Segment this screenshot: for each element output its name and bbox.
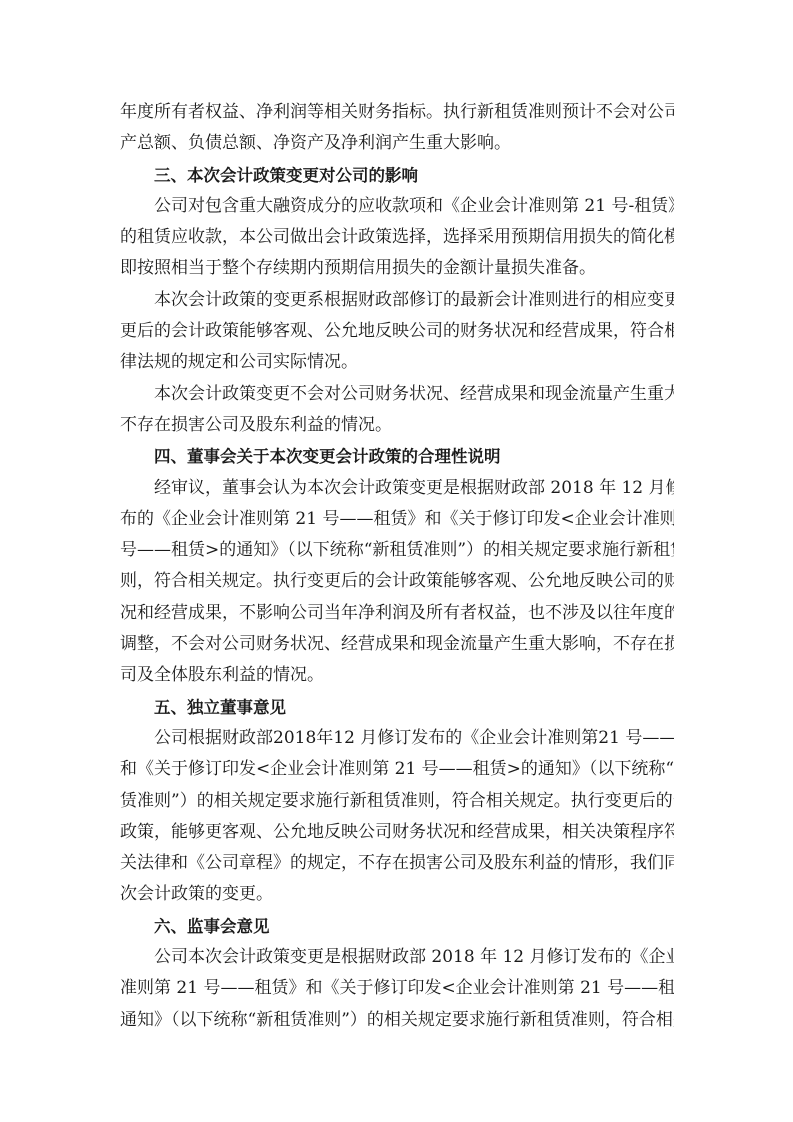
text-line: 关法律和《公司章程》的规定，不存在损害公司及股东利益的情形，我们同意本 (120, 848, 674, 879)
text-line: 号——租赁>的通知》（以下统称“新租赁准则”）的相关规定要求施行新租赁准 (120, 535, 674, 566)
section-heading: 六、监事会意见 (120, 911, 674, 942)
text-line: 本次会计政策的变更系根据财政部修订的最新会计准则进行的相应变更，变 (120, 285, 674, 316)
section-heading: 五、独立董事意见 (120, 692, 674, 723)
text-line: 经审议，董事会认为本次会计政策变更是根据财政部 2018 年 12 月修订发 (120, 473, 674, 504)
text-line: 产总额、负债总额、净资产及净利润产生重大影响。 (120, 128, 674, 159)
text-line: 即按照相当于整个存续期内预期信用损失的金额计量损失准备。 (120, 253, 674, 284)
text-line: 更后的会计政策能够客观、公允地反映公司的财务状况和经营成果，符合相关法 (120, 316, 674, 347)
text-line: 次会计政策的变更。 (120, 879, 674, 910)
text-line: 和《关于修订印发<企业会计准则第 21 号——租赁>的通知》（以下统称“新租 (120, 754, 674, 785)
text-line: 政策，能够更客观、公允地反映公司财务状况和经营成果，相关决策程序符合有 (120, 817, 674, 848)
text-line: 不存在损害公司及股东利益的情况。 (120, 410, 674, 441)
text-line: 通知》（以下统称“新租赁准则”）的相关规定要求施行新租赁准则，符合相关规 (120, 1005, 674, 1036)
text-line: 公司对包含重大融资成分的应收款项和《企业会计准则第 21 号-租赁》规范 (120, 191, 674, 222)
text-line: 赁准则”）的相关规定要求施行新租赁准则，符合相关规定。执行变更后的会计 (120, 786, 674, 817)
text-line: 司及全体股东利益的情况。 (120, 660, 674, 691)
text-line: 律法规的规定和公司实际情况。 (120, 347, 674, 378)
text-line: 年度所有者权益、净利润等相关财务指标。执行新租赁准则预计不会对公司的资 (120, 97, 674, 128)
text-line: 况和经营成果，不影响公司当年净利润及所有者权益，也不涉及以往年度的追溯 (120, 598, 674, 629)
text-line: 公司根据财政部2018年12 月修订发布的《企业会计准则第21 号——租赁》 (120, 723, 674, 754)
text-line: 本次会计政策变更不会对公司财务状况、经营成果和现金流量产生重大影响， (120, 379, 674, 410)
text-line: 准则第 21 号——租赁》和《关于修订印发<企业会计准则第 21 号——租赁>的 (120, 973, 674, 1004)
document-page: 年度所有者权益、净利润等相关财务指标。执行新租赁准则预计不会对公司的资产总额、负… (120, 97, 674, 1036)
text-line: 调整，不会对公司财务状况、经营成果和现金流量产生重大影响，不存在损害公 (120, 629, 674, 660)
section-heading: 四、董事会关于本次变更会计政策的合理性说明 (120, 441, 674, 472)
text-line: 公司本次会计政策变更是根据财政部 2018 年 12 月修订发布的《企业会计 (120, 942, 674, 973)
section-heading: 三、本次会计政策变更对公司的影响 (120, 160, 674, 191)
text-line: 则，符合相关规定。执行变更后的会计政策能够客观、公允地反映公司的财务状 (120, 566, 674, 597)
text-line: 布的《企业会计准则第 21 号——租赁》和《关于修订印发<企业会计准则第 21 (120, 504, 674, 535)
text-line: 的租赁应收款，本公司做出会计政策选择，选择采用预期信用损失的简化模型， (120, 222, 674, 253)
